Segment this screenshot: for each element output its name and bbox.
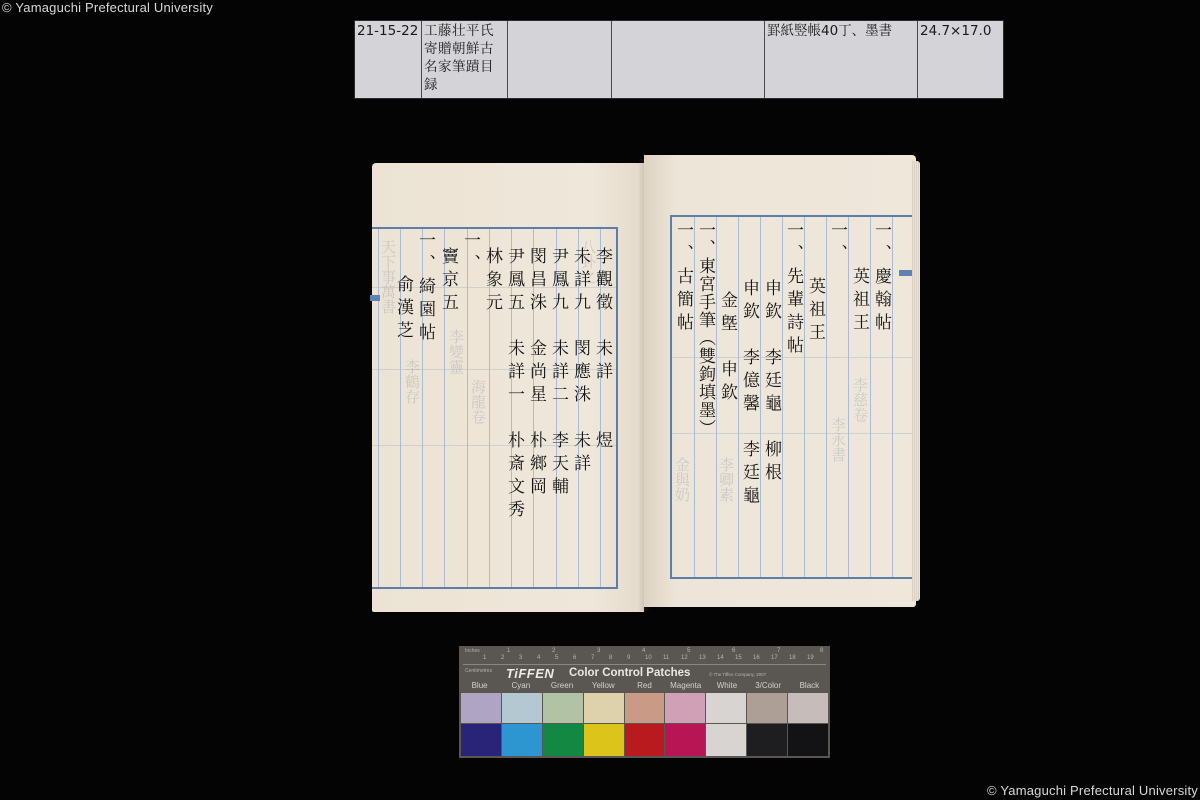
catalog-id: 21-15-22 (355, 21, 422, 98)
color-patch-blue (461, 693, 501, 723)
color-patch-cyan (502, 724, 542, 756)
copyright-watermark-bottom: © Yamaguchi Prefectural University (987, 783, 1198, 798)
color-patch-yellow (584, 693, 624, 723)
patch-row-saturated (461, 724, 828, 756)
patch-label: Blue (459, 681, 500, 690)
manuscript-column: 俞漢芝 (392, 275, 414, 344)
catalog-size: 24.7×17.0 (918, 21, 1003, 98)
color-patch-red (625, 724, 665, 756)
manuscript-column: 申欽 李億馨 李廷龜 (738, 279, 760, 509)
patch-label: Red (624, 681, 665, 690)
manuscript-column: 尹鳳五 未詳一 朴斎文秀 (503, 247, 525, 523)
tiffen-logo: TiFFEN (506, 666, 554, 681)
chart-title: Color Control Patches (569, 667, 690, 679)
patch-label: Magenta (665, 681, 706, 690)
patch-label: Cyan (500, 681, 541, 690)
color-patch-cyan (502, 693, 542, 723)
manuscript-column: 一、 (826, 221, 848, 267)
chart-copyright: © The Tiffen Company, 2007 (709, 672, 766, 677)
color-patch-white (706, 724, 746, 756)
color-patch-red (625, 693, 665, 723)
patch-label: White (706, 681, 747, 690)
page-edges (912, 161, 920, 601)
ruler: 1 2 3 4 5 6 7 8 1 2 3 4 5 6 7 8 9 10 11 … (463, 649, 826, 665)
color-patch-black (788, 693, 828, 723)
page-tab-marker (370, 295, 380, 301)
color-control-chart: Inches 1 2 3 4 5 6 7 8 1 2 3 4 5 6 7 8 9… (459, 646, 830, 758)
manuscript-column: 一、 (459, 231, 481, 277)
patch-label: Green (541, 681, 582, 690)
manuscript-column: 閔昌洙 金尚星 朴鄉岡 (525, 247, 547, 500)
manuscript-column: 一、綺園帖 (414, 231, 436, 346)
color-patch-3-color (747, 724, 787, 756)
patch-label: Black (789, 681, 830, 690)
color-patch-green (543, 693, 583, 723)
color-patch-magenta (665, 724, 705, 756)
color-patch-black (788, 724, 828, 756)
manuscript-column: 一、先輩詩帖 (782, 221, 804, 359)
patch-labels: Blue Cyan Green Yellow Red Magenta White… (459, 681, 830, 690)
open-book: 天下事萬書 李變靈 海龍卷 李鶴存 八卦之 李觀徵 未詳 𢈢煜 未詳九 閔應洙 … (372, 155, 920, 612)
catalog-column-4 (612, 21, 765, 98)
manuscript-column: 林象元 (481, 247, 503, 316)
patch-label: 3/Color (748, 681, 789, 690)
color-patch-blue (461, 724, 501, 756)
catalog-label: 21-15-22 工藤壮平氏寄贈朝鮮古名家筆蹟目録 罫紙竪帳40丁、墨書 24.… (354, 20, 1004, 99)
copyright-watermark-top: © Yamaguchi Prefectural University (2, 0, 213, 15)
manuscript-column: 竇京五 (437, 247, 459, 316)
color-patch-magenta (665, 693, 705, 723)
catalog-column-3 (508, 21, 612, 98)
manuscript-column: 尹鳳九 未詳二 李天輔 (547, 247, 569, 500)
manuscript-column: 一、古簡帖 (672, 221, 694, 336)
color-patch-green (543, 724, 583, 756)
catalog-description: 罫紙竪帳40丁、墨書 (765, 21, 918, 98)
patch-row-light (461, 693, 828, 723)
manuscript-column: 一、東宮手筆（雙鉤填墨） (694, 221, 716, 437)
manuscript-column: 金墍 申欽 (716, 291, 738, 406)
left-page: 天下事萬書 李變靈 海龍卷 李鶴存 八卦之 李觀徵 未詳 𢈢煜 未詳九 閔應洙 … (372, 163, 644, 612)
manuscript-column: 英祖王 (804, 277, 826, 346)
right-page: 金與奶 李卿素 李永書 李慈卷 一、慶翰帖 英祖王 一、 英祖王 一、先輩詩帖 … (644, 155, 916, 607)
color-patch-3-color (747, 693, 787, 723)
manuscript-column: 一、慶翰帖 (870, 221, 892, 336)
patch-label: Yellow (583, 681, 624, 690)
catalog-title: 工藤壮平氏寄贈朝鮮古名家筆蹟目録 (422, 21, 508, 98)
manuscript-column: 英祖王 (848, 267, 870, 336)
unit-cm-label: Centimetres (465, 668, 492, 674)
manuscript-column: 李觀徵 未詳 𢈢煜 (591, 247, 613, 454)
manuscript-column: 申欽 李廷龜 柳根 (760, 279, 782, 486)
manuscript-column: 未詳九 閔應洙 未詳 (569, 247, 591, 477)
color-patch-yellow (584, 724, 624, 756)
color-patch-white (706, 693, 746, 723)
